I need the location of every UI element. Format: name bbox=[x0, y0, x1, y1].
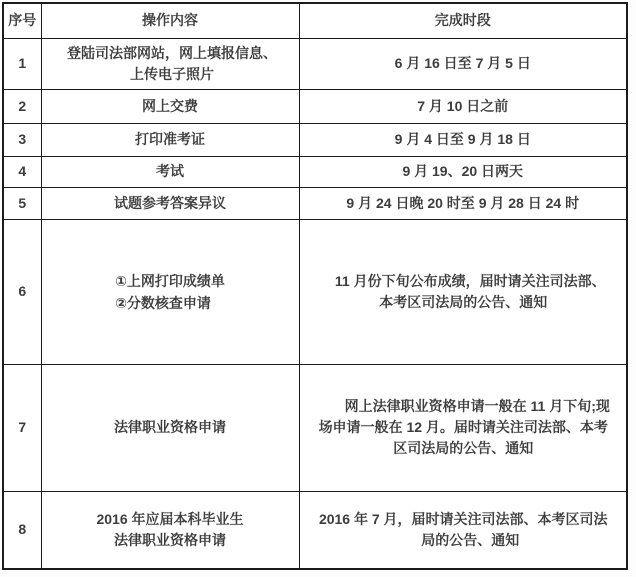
row-content: 登陆司法部网站，网上填报信息、 上传电子照片 bbox=[41, 38, 299, 89]
table-row: 2 网上交费 7 月 10 日之前 bbox=[3, 89, 627, 123]
row-content: 试题参考答案异议 bbox=[41, 187, 299, 219]
row-number: 4 bbox=[3, 156, 41, 187]
row-content: 法律职业资格申请 bbox=[41, 364, 299, 491]
row-content: 2016 年应届本科毕业生 法律职业资格申请 bbox=[41, 491, 299, 569]
exam-schedule-table: 序号 操作内容 完成时段 1 登陆司法部网站，网上填报信息、 上传电子照片 6 … bbox=[2, 2, 628, 570]
row-number: 5 bbox=[3, 187, 41, 219]
row-time: 6 月 16 日至 7 月 5 日 bbox=[299, 38, 627, 89]
header-completion-period: 完成时段 bbox=[299, 3, 627, 38]
row-content: ①上网打印成绩单 ②分数核查申请 bbox=[41, 219, 299, 364]
header-row: 序号 操作内容 完成时段 bbox=[3, 3, 627, 38]
row-time: 7 月 10 日之前 bbox=[299, 89, 627, 123]
page: 序号 操作内容 完成时段 1 登陆司法部网站，网上填报信息、 上传电子照片 6 … bbox=[0, 0, 636, 577]
row-number: 8 bbox=[3, 491, 41, 569]
row-number: 6 bbox=[3, 219, 41, 364]
row-content: 打印准考证 bbox=[41, 123, 299, 156]
row-number: 2 bbox=[3, 89, 41, 123]
row-time: 9 月 19、20 日两天 bbox=[299, 156, 627, 187]
row-time: 9 月 4 日至 9 月 18 日 bbox=[299, 123, 627, 156]
row-time: 9 月 24 日晚 20 时至 9 月 28 日 24 时 bbox=[299, 187, 627, 219]
table-row: 7 法律职业资格申请 网上法律职业资格申请一般在 11 月下旬;现 场申请一般在… bbox=[3, 364, 627, 491]
row-time: 11 月份下旬公布成绩，届时请关注司法部、 本考区司法局的公告、通知 bbox=[299, 219, 627, 364]
table-row: 4 考试 9 月 19、20 日两天 bbox=[3, 156, 627, 187]
row-number: 1 bbox=[3, 38, 41, 89]
header-operation-content: 操作内容 bbox=[41, 3, 299, 38]
numbered-list: ①上网打印成绩单 ②分数核查申请 bbox=[115, 270, 225, 314]
table-row: 1 登陆司法部网站，网上填报信息、 上传电子照片 6 月 16 日至 7 月 5… bbox=[3, 38, 627, 89]
row-number: 7 bbox=[3, 364, 41, 491]
table-row: 8 2016 年应届本科毕业生 法律职业资格申请 2016 年 7 月，届时请关… bbox=[3, 491, 627, 569]
table-row: 5 试题参考答案异议 9 月 24 日晚 20 时至 9 月 28 日 24 时 bbox=[3, 187, 627, 219]
table-row: 3 打印准考证 9 月 4 日至 9 月 18 日 bbox=[3, 123, 627, 156]
row-content: 网上交费 bbox=[41, 89, 299, 123]
row-number: 3 bbox=[3, 123, 41, 156]
row-time: 2016 年 7 月，届时请关注司法部、本考区司法 局的公告、通知 bbox=[299, 491, 627, 569]
table-row: 6 ①上网打印成绩单 ②分数核查申请 11 月份下旬公布成绩，届时请关注司法部、… bbox=[3, 219, 627, 364]
row-time: 网上法律职业资格申请一般在 11 月下旬;现 场申请一般在 12 月。届时请关注… bbox=[299, 364, 627, 491]
row-content: 考试 bbox=[41, 156, 299, 187]
header-serial-number: 序号 bbox=[3, 3, 41, 38]
